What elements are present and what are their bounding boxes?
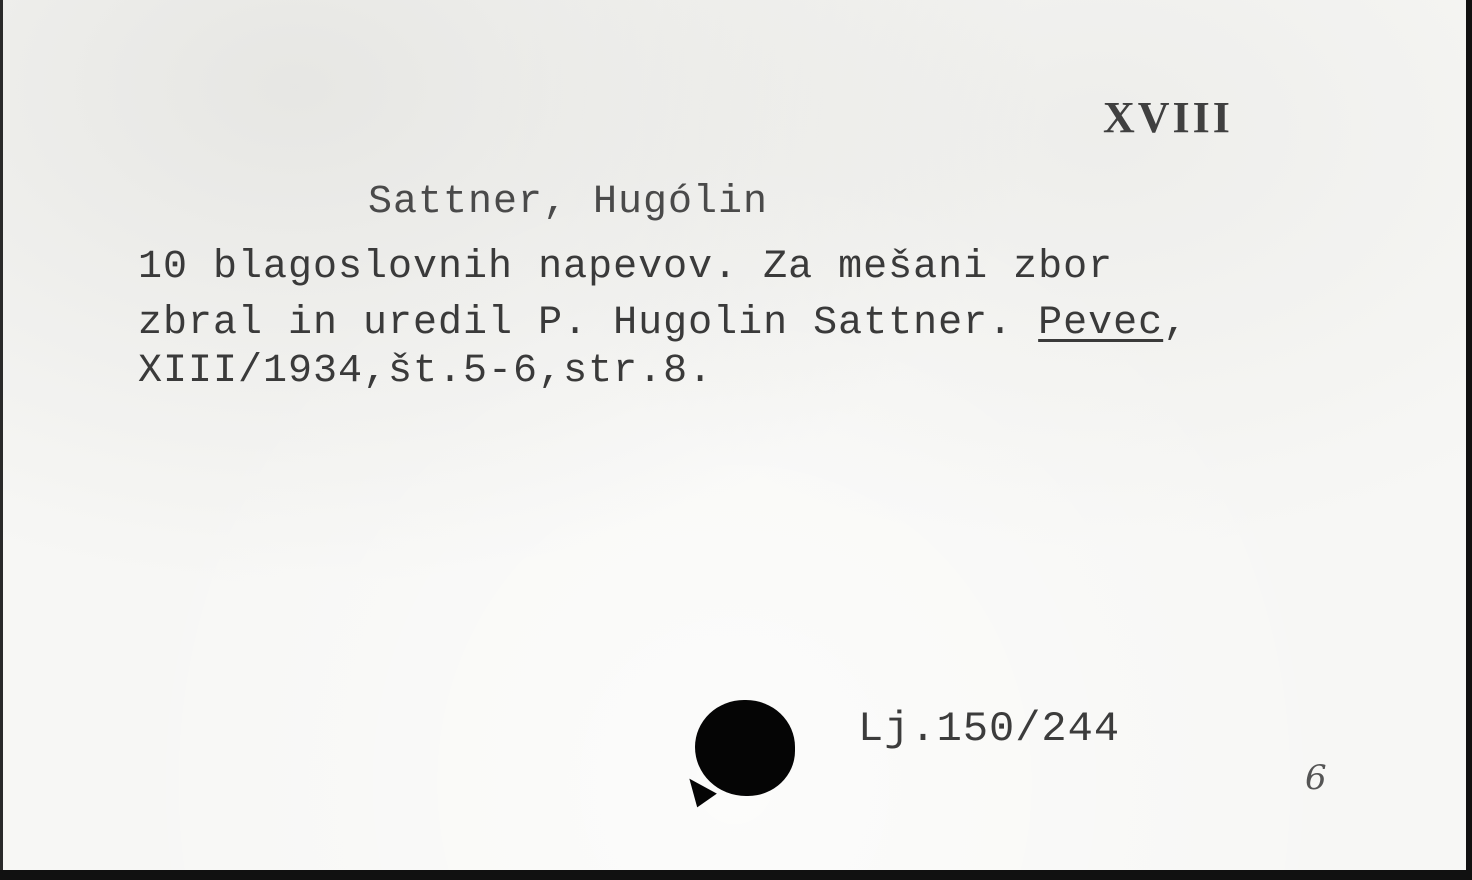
editor-text: zbral in uredil P. Hugolin Sattner. [138,301,1038,346]
scan-border-bottom [0,870,1472,880]
title-line-2: zbral in uredil P. Hugolin Sattner. Peve… [138,304,1188,344]
journal-title: Pevec [1038,301,1163,346]
scan-border-right [1466,0,1472,880]
journal-comma: , [1163,301,1188,346]
call-number: Lj.150/244 [858,705,1120,753]
punch-hole-icon [695,700,795,796]
handwritten-mark: 6 [1305,758,1327,798]
catalog-card: XVIII Sattner, Hugólin 10 blagoslovnih n… [0,0,1466,870]
author-heading: Sattner, Hugólin [368,180,768,225]
citation-line: XIII/1934,št.5-6,str.8. [138,352,713,392]
card-number: XVIII [1103,92,1233,143]
title-line-1: 10 blagoslovnih napevov. Za mešani zbor [138,248,1113,288]
